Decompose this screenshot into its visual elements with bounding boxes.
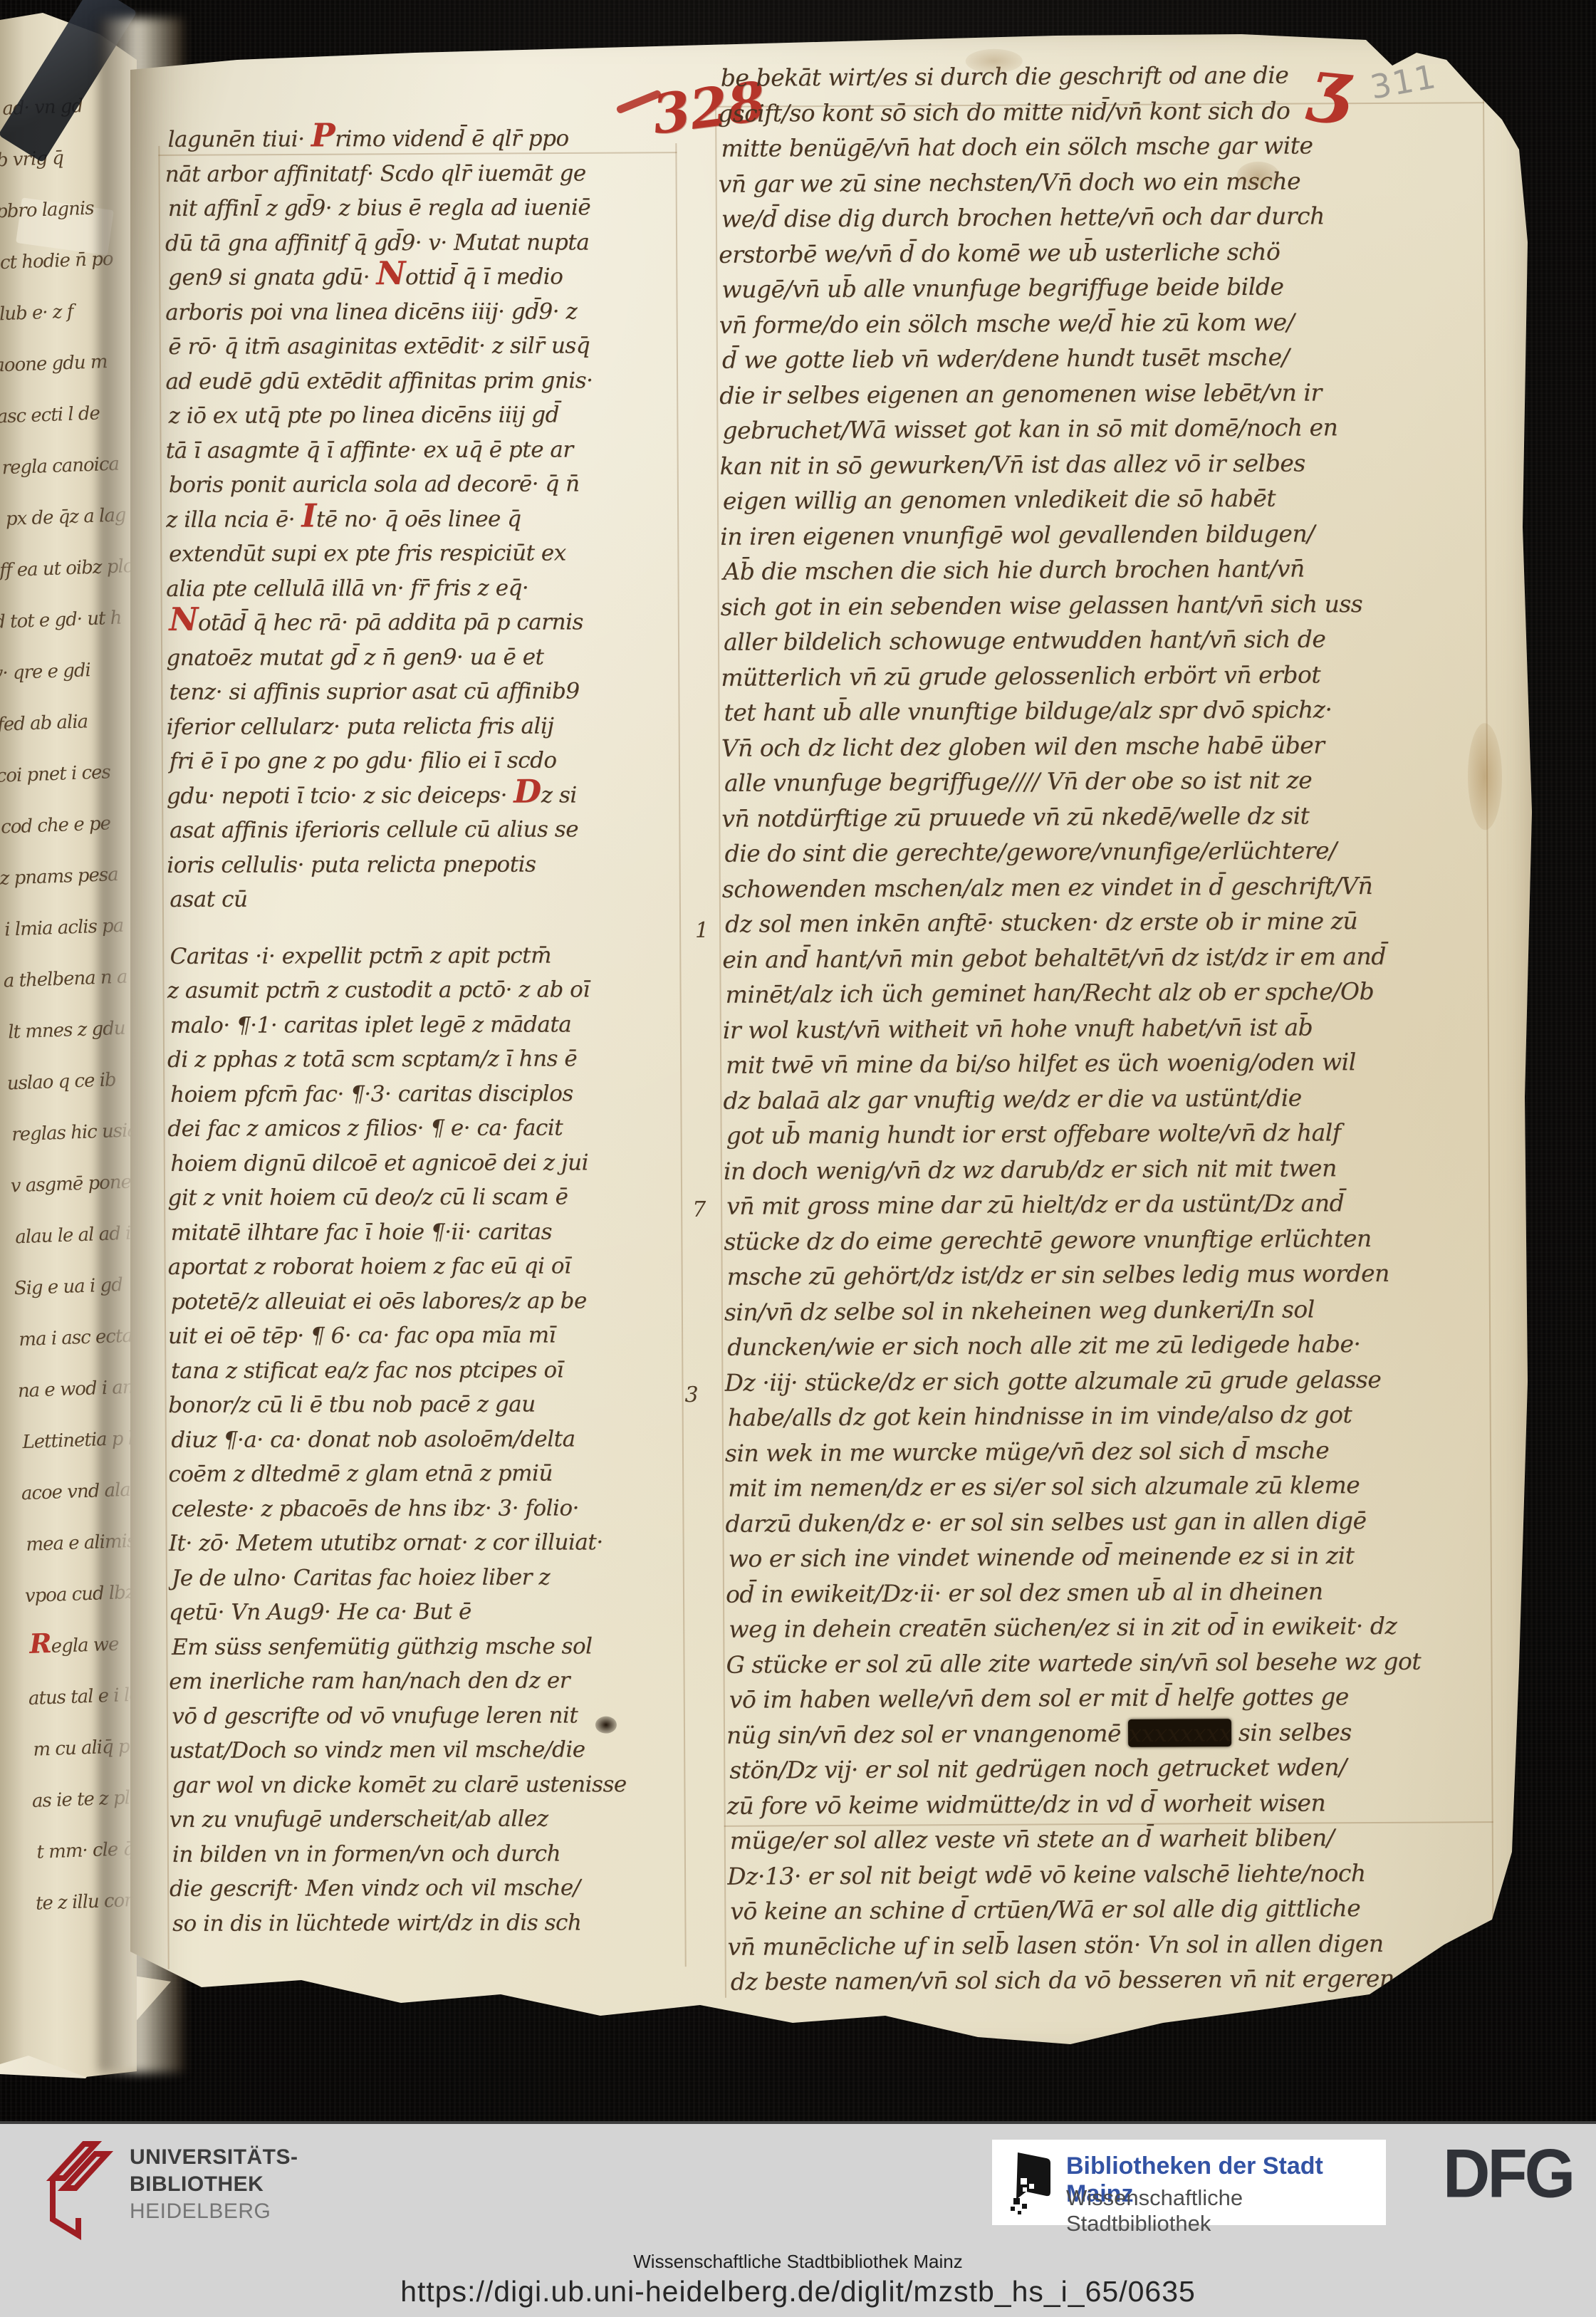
manuscript-line: die do sint die gerechte/gewore/vnunfige… [724, 832, 1499, 871]
manuscript-line: ē rō· q̄ itm̄ asaginitas extēdit· z silr… [168, 328, 682, 364]
manuscript-line: alle vnunfuge begriffuge//// Vn̄ der obe… [724, 761, 1499, 801]
manuscript-line: habe/alls dz got kein hindnisse in im vi… [728, 1396, 1503, 1435]
manuscript-line: gen9 si gnata gdū· Nottid̄ q̄ ī medio [168, 259, 682, 295]
manuscript-line: müge/er sol allez veste vn̄ stete an d̄ … [730, 1819, 1505, 1858]
manuscript-line: malo· ¶·1· caritas iplet legē z mādata [170, 1007, 684, 1043]
manuscript-line: It· zō· Metem ututibz ornat· z cor illui… [169, 1525, 686, 1561]
mainz-book-icon [1003, 2150, 1060, 2215]
manuscript-line: tenz· si affinis suprior asat cū affinib… [169, 674, 684, 709]
manuscript-line: schowenden mschen/alz men ez vindet in d… [722, 868, 1500, 907]
manuscript-line: nāt arbor affinitatf· Scdo qlr̄ iuemāt g… [165, 156, 682, 192]
manuscript-line: hoiem pfcm̄ fac· ¶·3· caritas disciplos [170, 1076, 684, 1112]
margin-numeral: 3 [684, 1383, 698, 1407]
manuscript-line: d̄ we gotte lieb vn̄ wder/dene hundt tus… [722, 338, 1497, 378]
manuscript-line: sich got in ein sebenden wise gelassen h… [721, 585, 1498, 625]
manuscript-line: nüg sin/vn̄ dez sol er vnangenomē xxxxxx… [726, 1714, 1504, 1753]
manuscript-line: vn̄ gar we zū sine nechsten/Vn̄ doch wo … [719, 162, 1496, 202]
manuscript-line: Dz ·iij· stücke/dz er sich gotte alzumal… [724, 1361, 1502, 1400]
manuscript-line: mütterlich vn̄ zū grude gelossenlich erb… [721, 656, 1498, 695]
manuscript-line: zū fore vō keime widmütte/dz in vd d̄ wo… [726, 1784, 1504, 1823]
manuscript-line: be bekāt wirt/es si durch die geschrift … [721, 56, 1496, 95]
manuscript-line [167, 916, 684, 939]
manuscript-line: dz sol men inkēn anftē· stucken· dz erst… [725, 902, 1500, 942]
manuscript-line: fri ē ī po gne z po gdu· filio ei ī scdo [169, 743, 684, 779]
ub-heidelberg-logo-icon [37, 2134, 118, 2241]
manuscript-line: asat affinis iferioris cellule cū alius … [169, 812, 684, 848]
manuscript-line: die gescrift· Men vindz och vil msche/ [169, 1870, 687, 1906]
manuscript-line: kan nit in sō gewurken/Vn̄ ist das allez… [720, 444, 1498, 484]
manuscript-line: in iren eigenen vnunfigē wol gevallenden… [720, 515, 1498, 554]
manuscript-line: dei fac z amicos z filios· ¶ e· ca· faci… [167, 1110, 684, 1146]
ub-logo-line1: UNIVERSITÄTS- [130, 2144, 298, 2171]
manuscript-line: z asumit pctm̄ z custodit a pctō· z ab o… [167, 972, 684, 1008]
manuscript-line: lagunēn tiui· Primo vidend̄ ē qlr̄ ppo [168, 121, 682, 157]
manuscript-line: tā ī asagmte q̄ ī affinte· ex uq̄ ē pte … [166, 432, 683, 468]
manuscript-line: ustat/Doch so vindz men vil msche/die [169, 1732, 686, 1768]
manuscript-line: stücke dz do eime gerechtē gewore vnunft… [724, 1220, 1501, 1259]
manuscript-line: alia pte cellulā illā vn· fr̄ fris z eq̄… [166, 571, 683, 606]
manuscript-line: aportat z roborat hoiem z fac eū qi oī [168, 1249, 685, 1284]
manuscript-line: iferior cellularz· puta relicta fris ali… [167, 709, 684, 744]
manuscript-line: arboris poi vna linea dicēns iiij· gd̄9·… [165, 294, 682, 330]
dfg-logo: DFG [1443, 2135, 1572, 2213]
manuscript-line: vō im haben welle/vn̄ dem sol er mit d̄ … [729, 1678, 1504, 1717]
left-column-latin: lagunēn tiui· Primo vidend̄ ē qlr̄ pponā… [165, 121, 687, 1941]
manuscript-line: nit affinl̄ z gd̄9· z bius ē regla ad iu… [168, 190, 682, 226]
manuscript-line: qetū· Vn Aug9· He ca· But ē [169, 1594, 686, 1630]
manuscript-line: vn̄ munēcliche uf in selb̄ lasen stön· V… [727, 1925, 1505, 1964]
manuscript-line: tana z stificat ea/z fac nos ptcipes oī [171, 1353, 685, 1388]
margin-numeral: 7 [692, 1197, 706, 1222]
manuscript-line: Je de ulno· Caritas fac hoiez liber z [172, 1560, 686, 1595]
manuscript-line: Vn̄ och dz licht dez globen wil den msch… [721, 727, 1499, 766]
manuscript-line: so in dis in lüchtede wirt/dz in dis sch [172, 1905, 687, 1941]
manuscript-line: eigen willig an genomen vnledikeit die s… [723, 479, 1498, 519]
manuscript-line: darzū duken/dz e· er sol sin selbes ust … [725, 1502, 1503, 1541]
manuscript-line: coēm z dltedmē z glam etnā z pmiū [168, 1456, 685, 1491]
manuscript-line: vn zu vnufugē underscheit/ab allez [169, 1801, 687, 1837]
manuscript-line: gnatoēz mutat gd̄ z n̄ gen9· ua ē et [166, 640, 683, 675]
manuscript-line: msche zū gehört/dz ist/dz er sin selbes … [727, 1255, 1502, 1294]
footer-bar: UNIVERSITÄTS- BIBLIOTHEK HEIDELBERG Bibl… [0, 2121, 1596, 2317]
manuscript-line: duncken/wie er sich noch alle zit me zū … [727, 1326, 1502, 1365]
manuscript-line: erstorbē we/vn̄ d̄ do komē we ub̄ usterl… [719, 233, 1496, 272]
manuscript-line: weg in dehein creatēn süchen/ez si in zi… [729, 1608, 1503, 1647]
manuscript-line: ad eudē gdū extēdit affinitas prim gnis· [165, 363, 682, 399]
right-column-german: be bekāt wirt/es si durch die geschrift … [718, 56, 1506, 1999]
manuscript-line: stön/Dz vij· er sol nit gedrügen noch ge… [729, 1749, 1504, 1788]
ub-logo-line3: HEIDELBERG [130, 2198, 298, 2225]
manuscript-line: mit twē vn̄ mine da bi/so hilfet es üch … [726, 1043, 1501, 1083]
manuscript-line: bonor/z cū li ē tbu nob pacē z gau [168, 1387, 685, 1422]
manuscript-line: wo er sich ine vindet winende od̄ meinen… [729, 1537, 1503, 1576]
mainz-library-logo: Bibliotheken der Stadt Mainz Wissenschaf… [992, 2140, 1386, 2225]
footer-url: https://digi.ub.uni-heidelberg.de/diglit… [0, 2275, 1596, 2308]
ub-heidelberg-logo-text: UNIVERSITÄTS- BIBLIOTHEK HEIDELBERG [130, 2144, 298, 2225]
manuscript-line: sin/vn̄ dz selbe sol in nkeheinen weg du… [724, 1291, 1502, 1330]
ub-logo-line2: BIBLIOTHEK [130, 2171, 298, 2198]
manuscript-line: Ab̄ die mschen die sich hie durch broche… [723, 550, 1498, 589]
manuscript-line: aller bildelich schowuge entwudden hant/… [724, 620, 1498, 660]
manuscript-line: vn̄ forme/do ein sölch msche we/d̄ hie z… [719, 303, 1497, 343]
manuscript-line: git z vnit hoiem cū deo/z cū li scam ē [167, 1180, 684, 1215]
manuscript-line: z illa ncia ē· Itē no· q̄ oēs linee q̄ [166, 501, 683, 537]
manuscript-line: ein and̄ hant/vn̄ min gebot behaltēt/vn̄… [722, 938, 1500, 977]
manuscript-line: extendūt supi ex pte fris respiciūt ex [169, 536, 683, 571]
manuscript-line: gscift/so kont sō sich do mitte nid̄/vn̄… [718, 92, 1496, 131]
manuscript-line: dū tā gna affinitf q̄ gd̄9· v· Mutat nup… [165, 225, 682, 261]
manuscript-line: G stücke er sol zū alle zite wartede sin… [726, 1643, 1503, 1682]
manuscript-line: asat cū [169, 881, 684, 917]
scan-viewport: ag ad· vn gdonb vrig q̄n pbro lagnisouct… [0, 0, 1596, 2317]
manuscript-line: diuz ¶·a· ca· donat nob asoloēm/delta [171, 1422, 685, 1457]
manuscript-line: mit im nemen/dz er es si/er sol sich alz… [728, 1467, 1503, 1506]
manuscript-line: dz balaā alz gar vnuftig we/dz er die va… [723, 1079, 1501, 1118]
manuscript-line: potetē/z alleuiat ei oēs labores/z ap be [171, 1284, 685, 1319]
manuscript-line: die ir selbes eigenen an genomenen wise … [719, 374, 1497, 413]
manuscript-line: in bilden vn in formen/vn och durch [172, 1836, 687, 1872]
manuscript-line: ir wol kust/vn̄ witheit vn̄ hohe vnuft h… [723, 1009, 1501, 1048]
manuscript-line: od̄ in ewikeit/Dz·ii· er sol dez smen ub… [726, 1573, 1503, 1612]
mainz-logo-subtitle: Wissenschaftliche Stadtbibliothek [1066, 2185, 1386, 2237]
manuscript-line: Em süss senfemütig güthzig msche sol [172, 1629, 686, 1665]
manuscript-line: vn̄ mit gross mine dar zū hielt/dz er da… [726, 1184, 1501, 1224]
manuscript-line: di z pphas z totā scm scptam/z ī hns ē [167, 1041, 684, 1077]
page-content: 328 ʒ 311 lagunēn tiui· Primo vidend̄ ē … [125, 25, 1543, 2073]
manuscript-line: mitte benügē/vn̄ hat doch ein sölch msch… [721, 127, 1496, 166]
manuscript-line: gar wol vn dicke komēt zu clarē usteniss… [172, 1767, 687, 1803]
manuscript-line: mitatē ilhtare fac ī hoie ¶·ii· caritas [171, 1214, 685, 1250]
manuscript-line: Caritas ·i· expellit pctm̄ z apit pctm̄ [170, 938, 684, 974]
manuscript-line: ioris cellulis· puta relicta pnepotis [167, 847, 684, 882]
manuscript-line: uit ei oē tēp· ¶ 6· ca· fac opa mīa mī [168, 1318, 685, 1353]
manuscript-line: sin wek in me wurcke müge/vn̄ dez sol si… [725, 1432, 1503, 1471]
manuscript-line: gebruchet/Wā wisset got kan in sō mit do… [722, 409, 1497, 448]
manuscript-line: celeste· z pbacoēs de hns ibz· 3· folio· [172, 1491, 686, 1526]
footer-caption: Wissenschaftliche Stadtbibliothek Mainz [0, 2251, 1596, 2273]
manuscript-line: vō keine an schine d̄ crtūen/Wā er sol a… [730, 1890, 1505, 1929]
manuscript-line: wugē/vn̄ ub̄ alle vnunfuge begriffuge be… [721, 268, 1496, 307]
manuscript-line: got ub̄ manig hundt ior erst offebare wo… [726, 1114, 1501, 1153]
manuscript-line: we/d̄ dise dig durch brochen hette/vn̄ o… [721, 197, 1496, 236]
manuscript-line: em inerliche ram han/nach den dz er [169, 1663, 686, 1699]
manuscript-line: boris ponit auricla sola ad decorē· q̄ n… [169, 467, 683, 502]
manuscript-line: hoiem dignū dilcoē et agnicoē dei z jui [170, 1145, 684, 1181]
manuscript-line: Dz·13· er sol nit beigt wdē vō keine val… [727, 1855, 1505, 1894]
manuscript-line: gdu· nepoti ī tcio· z sic deiceps· Dz si [167, 778, 684, 813]
manuscript-line: z iō ex utq̄ pte po linea dicēns iiij gd… [169, 397, 683, 433]
manuscript-line: minēt/alz ich üch geminet han/Recht alz … [725, 973, 1500, 1012]
manuscript-line: in doch wenig/vn̄ dz wz darub/dz er sich… [724, 1150, 1501, 1189]
manuscript-page: 328 ʒ 311 lagunēn tiui· Primo vidend̄ ē … [130, 28, 1537, 2069]
margin-numeral: 1 [695, 918, 709, 943]
manuscript-line: Notād̄ q̄ hec rā· pā addita pā p carnis [169, 605, 683, 640]
manuscript-line: vō d gescrifte od vō vnufuge leren nit [172, 1698, 686, 1734]
manuscript-line: tet hant ub̄ alle vnunftige bilduge/alz … [724, 691, 1498, 730]
manuscript-line: vn̄ notdürftige zū pruuede vn̄ zū nkedē/… [721, 797, 1499, 836]
